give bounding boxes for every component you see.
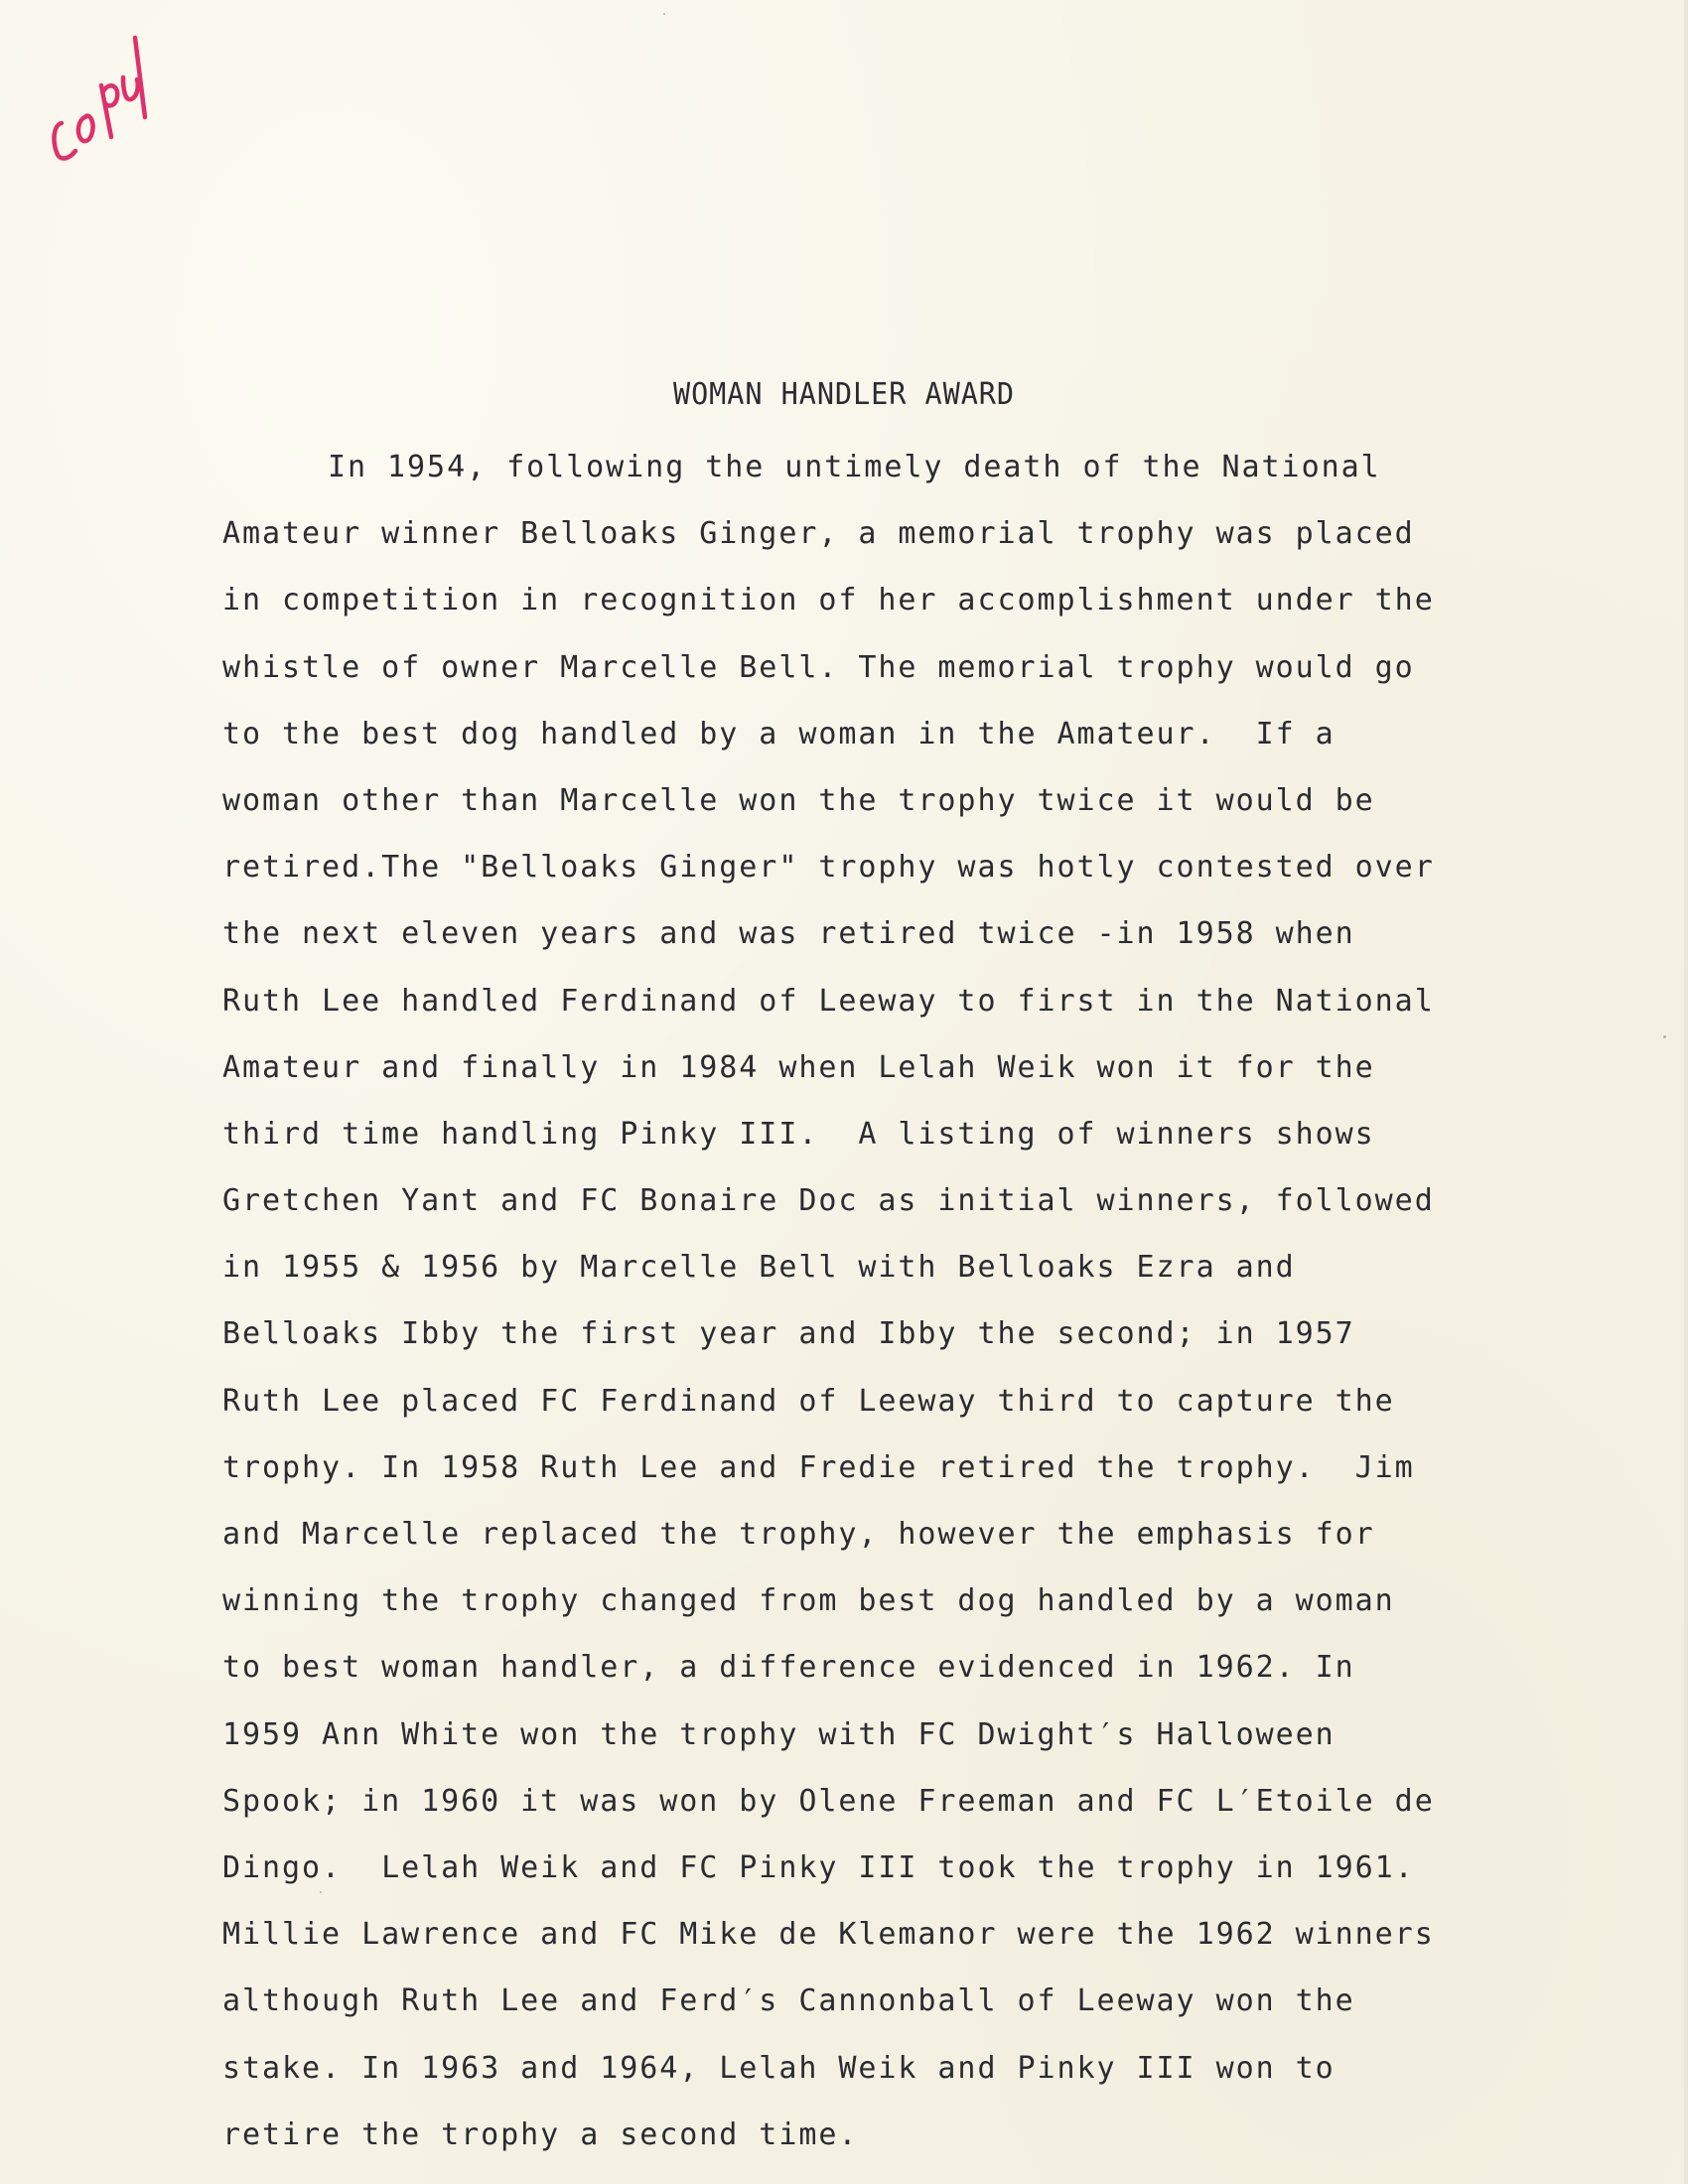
body-line: whistle of owner Marcelle Bell. The memo… bbox=[222, 643, 1513, 710]
body-line: retired.The "Belloaks Ginger" trophy was… bbox=[222, 843, 1513, 909]
body-line: Spook; in 1960 it was won by Olene Freem… bbox=[222, 1777, 1513, 1843]
body-line: Amateur winner Belloaks Ginger, a memori… bbox=[222, 509, 1513, 576]
body-line: to best woman handler, a difference evid… bbox=[222, 1643, 1513, 1709]
body-line: Millie Lawrence and FC Mike de Klemanor … bbox=[222, 1910, 1513, 1977]
body-line: Belloaks Ibby the first year and Ibby th… bbox=[222, 1309, 1513, 1376]
body-line: In 1954, following the untimely death of… bbox=[222, 443, 1513, 509]
body-line: retire the trophy a second time. bbox=[222, 2111, 1513, 2177]
body-line: woman other than Marcelle won the trophy… bbox=[222, 776, 1513, 843]
page-edge bbox=[1684, 0, 1688, 2184]
handwritten-copy-annotation bbox=[40, 20, 159, 169]
body-line: in 1955 & 1956 by Marcelle Bell with Bel… bbox=[222, 1243, 1513, 1309]
body-line: although Ruth Lee and Ferd′s Cannonball … bbox=[222, 1977, 1513, 2043]
body-line: the next eleven years and was retired tw… bbox=[222, 909, 1513, 976]
body-line: stake. In 1963 and 1964, Lelah Weik and … bbox=[222, 2044, 1513, 2111]
body-line: in competition in recognition of her acc… bbox=[222, 576, 1513, 642]
body-line: Gretchen Yant and FC Bonaire Doc as init… bbox=[222, 1176, 1513, 1243]
body-line: trophy. In 1958 Ruth Lee and Fredie reti… bbox=[222, 1443, 1513, 1510]
body-line: third time handling Pinky III. A listing… bbox=[222, 1110, 1513, 1176]
body-line: Ruth Lee handled Ferdinand of Leeway to … bbox=[222, 977, 1513, 1043]
document-title: WOMAN HANDLER AWARD bbox=[43, 377, 1646, 412]
document-body: In 1954, following the untimely death of… bbox=[222, 443, 1513, 2177]
body-line: and Marcelle replaced the trophy, howeve… bbox=[222, 1510, 1513, 1576]
paper-speck bbox=[663, 13, 665, 15]
body-line: to the best dog handled by a woman in th… bbox=[222, 710, 1513, 776]
paper-speck bbox=[320, 1891, 322, 1893]
body-line: 1959 Ann White won the trophy with FC Dw… bbox=[222, 1710, 1513, 1777]
body-line: Dingo. Lelah Weik and FC Pinky III took … bbox=[222, 1843, 1513, 1910]
body-line: Amateur and finally in 1984 when Lelah W… bbox=[222, 1043, 1513, 1110]
body-line: winning the trophy changed from best dog… bbox=[222, 1576, 1513, 1643]
body-line: Ruth Lee placed FC Ferdinand of Leeway t… bbox=[222, 1377, 1513, 1443]
paper-speck bbox=[1663, 1035, 1666, 1038]
